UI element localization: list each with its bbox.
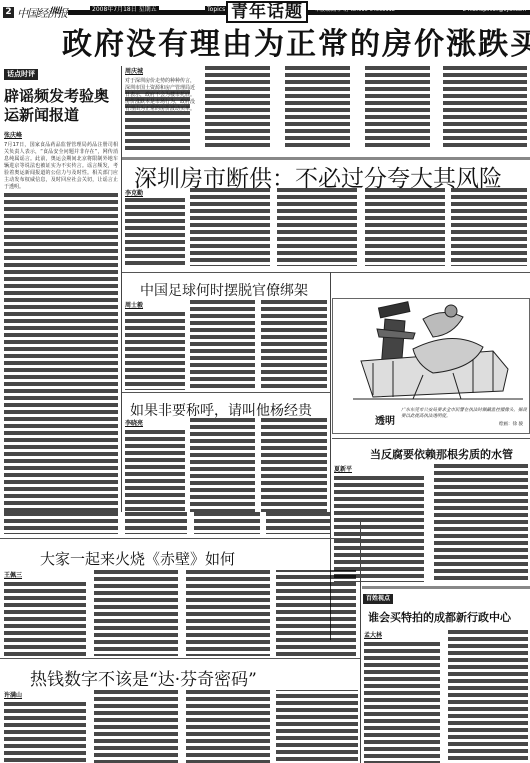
yang-article: 李晓亮 [125, 418, 330, 512]
cartoon-caption: 广东东莞市公安局要求全市民警在执法时佩戴监控摄像头，据说要以此提高执法透明度。 [401, 408, 527, 420]
redcliff-article: 王佩三 [4, 570, 358, 656]
shenzhen-text-col-3 [277, 188, 357, 266]
shenzhen-article: 李克勤 [125, 188, 530, 268]
football-headline: 中国足球何时摆脱官僚绑架 [140, 280, 308, 300]
continued-text-col-1 [4, 512, 118, 534]
left-article-byline: 张庆峰 [4, 130, 118, 139]
continued-text-col-2 [125, 512, 187, 534]
anticorruption-text-col-2 [434, 464, 528, 582]
yang-text-col-3 [261, 418, 327, 512]
left-article: 张庆峰 7月17日，国家食品药品监督管理局药品注册司相关负责人表示，“食品安全问… [4, 130, 118, 512]
hotmoney-text-col-2 [94, 690, 178, 763]
chengdu-article: 孟大林 [364, 630, 530, 763]
section-divider [0, 658, 360, 659]
football-text-col-1 [125, 312, 185, 390]
housing-text-col-4 [365, 66, 430, 150]
yang-text-col-1 [125, 430, 185, 512]
football-text-col-2 [190, 300, 255, 390]
section-divider [122, 392, 330, 393]
housing-text-col-5 [443, 66, 527, 150]
cartoon-title: 透明 [375, 412, 395, 427]
chengdu-tag: 百姓视点 [363, 594, 393, 604]
left-article-text-block [4, 193, 118, 512]
redcliff-text-col-3 [186, 570, 270, 656]
column-tag: 话点时评 [4, 69, 38, 80]
contact-email: E-mail:opinion@cyol.com [463, 6, 526, 14]
continued-text-col-4 [266, 512, 330, 534]
anticorruption-headline: 当反腐要依赖那根劣质的水管 [370, 446, 513, 462]
yang-text-col-2 [190, 418, 255, 512]
editorial-cartoon: 透明 广东东莞市公安局要求全市民警在执法时佩戴监控摄像头，据说要以此提高执法透明… [332, 298, 530, 434]
editor-line: 本版编辑/李 萌 Tel:010-64098312 [315, 6, 395, 14]
section-title: 青年话题 [226, 1, 308, 23]
hotmoney-text-col-4 [276, 690, 358, 763]
cartoon-credit: 绘画：徐 骏 [499, 421, 523, 427]
section-divider [122, 272, 530, 273]
topics-label: Topics [205, 6, 227, 14]
hotmoney-headline: 热钱数字不该是“达·芬奇密码” [30, 665, 257, 690]
main-headline: 政府没有理由为正常的房价涨跌买单 [62, 28, 530, 62]
chengdu-headline: 谁会买特拍的成都新行政中心 [368, 609, 511, 625]
issue-date: 2008年7月18日 星期五 [90, 6, 159, 14]
redcliff-headline: 大家一起来火烧《赤壁》如何 [40, 548, 235, 569]
page-number: 2 [3, 7, 14, 18]
football-text-col-3 [261, 300, 327, 390]
section-divider [332, 438, 530, 439]
hotmoney-article: 许满山 [4, 690, 358, 763]
continued-text [4, 512, 330, 534]
housing-text-col-1 [125, 90, 190, 150]
left-article-headline: 辟谣频发考验奥运新闻报道 [4, 87, 119, 125]
housing-text-col-3 [285, 66, 350, 150]
shenzhen-text-col-1 [125, 198, 185, 266]
masthead: 2 中国经济报 ///// 2008年7月18日 星期五 Topics 青年话题… [0, 0, 530, 22]
section-divider [362, 586, 530, 589]
housing-article: 周庆城 对于深圳房价走势的种种传言，深圳市国土资源和房产管理局近日表示，政府不会… [125, 66, 530, 156]
chengdu-text-col-1 [364, 642, 440, 763]
decorative-slashes: ///// [50, 6, 61, 16]
section-divider [0, 538, 360, 539]
cartoon-illustration-icon [333, 299, 530, 407]
hotmoney-text-col-3 [186, 690, 270, 763]
left-article-body: 7月17日，国家食品药品监督管理局药品注册司相关负责人表示，“食品安全问题并非存… [4, 142, 118, 191]
continued-text-col-3 [194, 512, 260, 534]
redcliff-text-col-2 [94, 570, 178, 656]
redcliff-text-col-4 [276, 570, 356, 656]
redcliff-text-col-1 [4, 582, 86, 656]
shenzhen-text-col-2 [190, 188, 270, 266]
football-article: 周士毅 [125, 300, 330, 390]
shenzhen-text-col-5 [451, 188, 527, 266]
chengdu-text-col-2 [448, 630, 528, 763]
shenzhen-text-col-4 [365, 188, 445, 266]
anticorruption-article: 夏新平 [334, 464, 530, 582]
anticorruption-text-col-1 [334, 476, 424, 582]
column-divider [121, 66, 122, 512]
column-divider [360, 520, 361, 763]
housing-text-col-2 [205, 66, 270, 150]
hotmoney-text-col-1 [4, 702, 86, 763]
yang-headline: 如果非要称呼，请叫他杨经贵 [130, 400, 312, 420]
